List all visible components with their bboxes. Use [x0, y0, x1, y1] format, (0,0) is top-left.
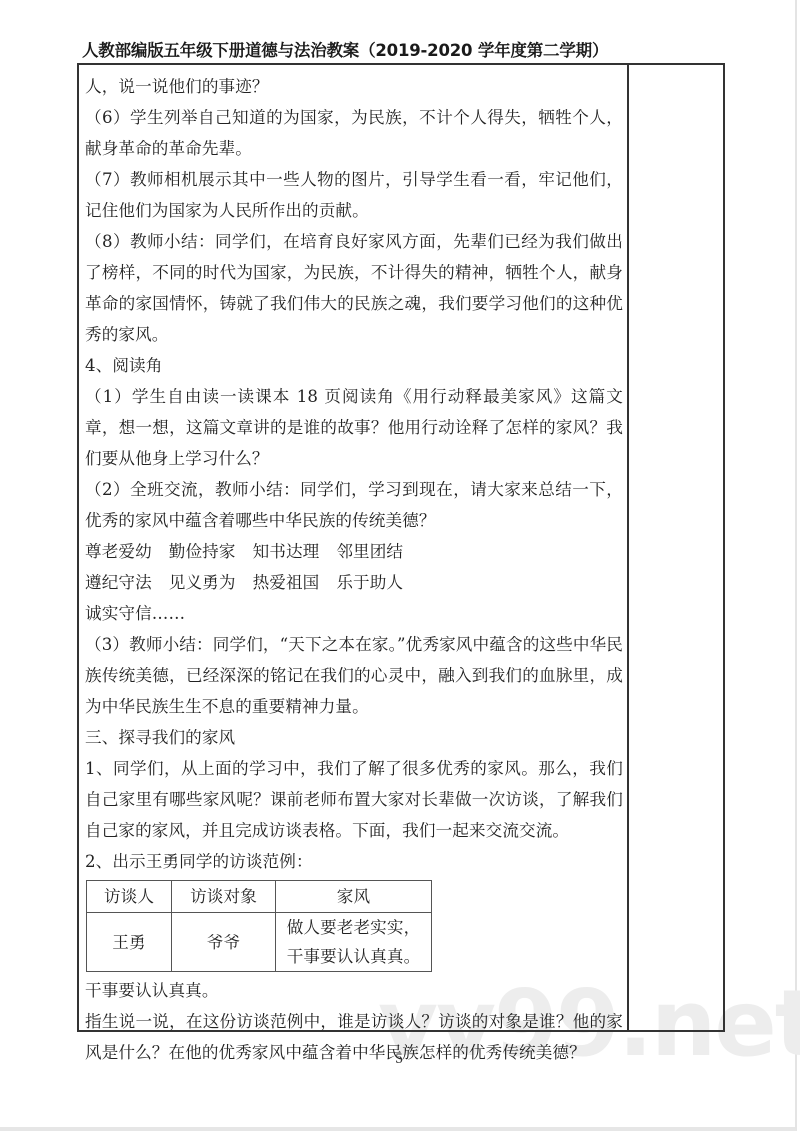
table-header-row: 访谈人 访谈对象 家风	[87, 881, 432, 913]
paragraph: （6）学生列举自己知道的为国家，为民族，不计个人得失，牺牲个人，献身革命的革命先…	[85, 102, 623, 164]
virtue-item: 见义勇为	[169, 567, 236, 598]
table-cell-family-motto: 做人要老老实实， 干事要认认真真。	[276, 913, 432, 972]
paragraph: （3）教师小结：同学们，“天下之本在家。”优秀家风中蕴含的这些中华民族传统美德，…	[85, 629, 623, 722]
table-row: 王勇 爷爷 做人要老老实实， 干事要认认真真。	[87, 913, 432, 972]
page-number: 5	[395, 1052, 403, 1067]
paragraph: （7）教师相机展示其中一些人物的图片，引导学生看一看，牢记他们，记住他们为国家为…	[85, 164, 623, 226]
lesson-plan-table: 人，说一说他们的事迹？ （6）学生列举自己知道的为国家，为民族，不计个人得失，牺…	[77, 63, 725, 1032]
paragraph: 指生说一说，在这份访谈范例中，谁是访谈人？访谈的对象是谁？他的家风是什么？在他的…	[85, 1006, 623, 1068]
virtue-item: 尊老爱幼	[85, 536, 152, 567]
paragraph: 1、同学们，从上面的学习中，我们了解了很多优秀的家风。那么，我们自己家里有哪些家…	[85, 753, 623, 846]
table-cell-interviewee: 爷爷	[172, 913, 276, 972]
virtues-row: 尊老爱幼勤俭持家知书达理邻里团结	[85, 536, 623, 567]
virtue-item: 知书达理	[253, 536, 320, 567]
interview-table: 访谈人 访谈对象 家风 王勇 爷爷 做人要老老实实， 干事要认认真真。	[86, 880, 432, 972]
column-divider	[627, 65, 629, 1030]
table-cell-interviewer: 王勇	[87, 913, 172, 972]
table-header: 访谈对象	[172, 881, 276, 913]
paragraph: 干事要认认真真。	[85, 975, 623, 1006]
section-heading: 4、阅读角	[85, 350, 623, 381]
lesson-content-cell: 人，说一说他们的事迹？ （6）学生列举自己知道的为国家，为民族，不计个人得失，牺…	[85, 71, 623, 1068]
paragraph: （1）学生自由读一读课本 18 页阅读角《用行动释最美家风》这篇文章，想一想，这…	[85, 381, 623, 474]
virtue-item: 邻里团结	[336, 536, 403, 567]
paragraph: 人，说一说他们的事迹？	[85, 71, 623, 102]
paragraph: （8）教师小结：同学们，在培育良好家风方面，先辈们已经为我们做出了榜样，不同的时…	[85, 226, 623, 350]
virtue-item: 遵纪守法	[85, 567, 152, 598]
motto-line: 干事要认认真真。	[276, 942, 431, 971]
virtue-item: 乐于助人	[336, 567, 403, 598]
table-header: 家风	[276, 881, 432, 913]
virtue-item: 热爱祖国	[253, 567, 320, 598]
virtues-row: 诚实守信……	[85, 598, 623, 629]
table-header: 访谈人	[87, 881, 172, 913]
paragraph: （2）全班交流，教师小结：同学们，学习到现在，请大家来总结一下，优秀的家风中蕴含…	[85, 474, 623, 536]
document-title: 人教部编版五年级下册道德与法治教案（2019-2020 学年度第二学期）	[82, 37, 608, 61]
virtue-item: 勤俭持家	[169, 536, 236, 567]
paragraph: 2、出示王勇同学的访谈范例：	[85, 846, 623, 877]
virtues-row: 遵纪守法见义勇为热爱祖国乐于助人	[85, 567, 623, 598]
section-heading: 三、探寻我们的家风	[85, 722, 623, 753]
motto-line: 做人要老老实实，	[276, 913, 431, 942]
